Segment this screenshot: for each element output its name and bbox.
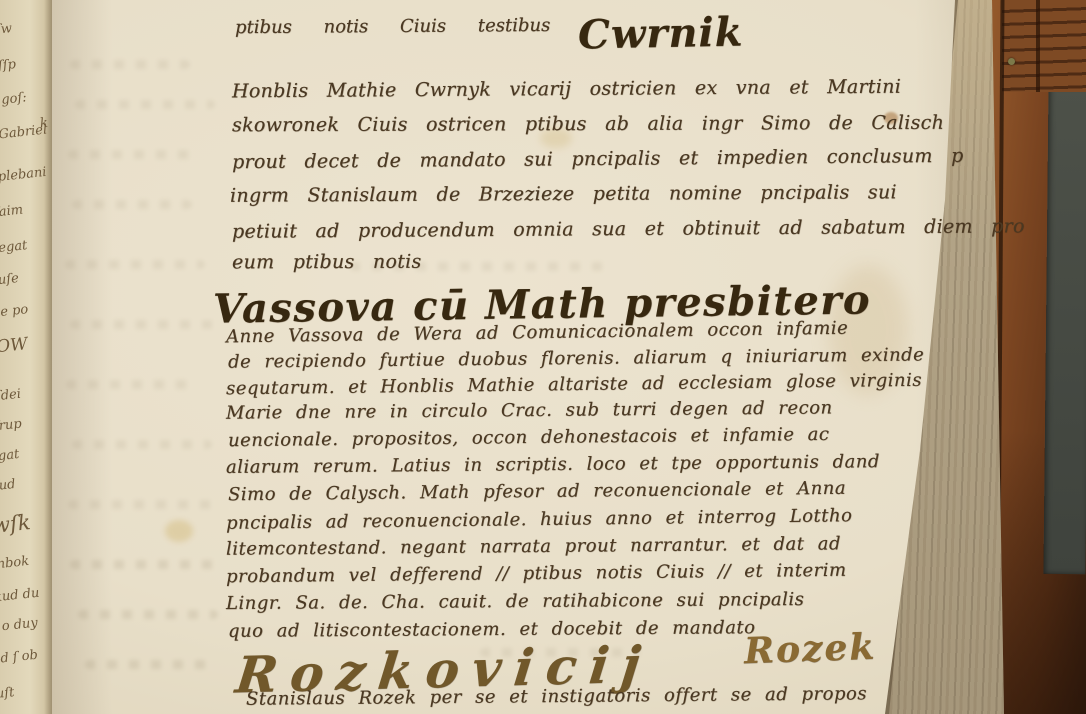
text-line: eum ptibus notis [232, 251, 422, 274]
show-through [65, 260, 205, 269]
facing-page-fragment: ſw [0, 21, 13, 38]
text-line: ingrm Stanislaum de Brzezieze petita nom… [230, 181, 897, 206]
facing-page-fragment: t goſ: [0, 90, 27, 109]
text-line: Lingr. Sa. de. Cha. cauit. de ratihabico… [226, 589, 805, 614]
show-through [85, 660, 215, 669]
show-through [72, 440, 212, 449]
show-through [75, 100, 215, 109]
text-line: ptibus notis Ciuis testibus [235, 15, 550, 38]
facing-page-fragment: ſrup [0, 417, 22, 435]
facing-page-fragment: wſk [0, 510, 32, 538]
show-through [70, 560, 220, 569]
cover-stud [1008, 58, 1015, 65]
facing-page-fragment: ſOW [0, 334, 29, 358]
show-through [72, 200, 192, 209]
facing-page-fragment: ſmbok [0, 554, 30, 573]
show-through [78, 610, 218, 619]
show-through [68, 500, 218, 509]
facing-page-fragment: kud du [0, 586, 40, 606]
table-background [1043, 86, 1086, 574]
facing-page-fragment: de po [0, 302, 29, 321]
show-through [70, 60, 190, 69]
show-through [68, 150, 198, 159]
facing-page-fragment: uſe [0, 271, 20, 288]
show-through [70, 320, 220, 329]
facing-page-fragment: ud ſ ob [0, 648, 39, 668]
facing-page-fragment: ſaim [0, 203, 24, 221]
facing-page-fragment: ę plebani [0, 165, 47, 186]
facing-page-fragment: ſdei [0, 387, 22, 405]
margin-note: Rozek [743, 626, 877, 673]
cover-tooling-bands [1002, 0, 1086, 92]
show-through [66, 380, 196, 389]
facing-page-fragment: negat [0, 238, 28, 257]
facing-page-fragment: uſt [0, 685, 15, 702]
manuscript-photo: ſw ſſp t goſ: mi Gabriel k ę plebani ſai… [0, 0, 1086, 714]
facing-page-fragment: ſud [0, 477, 16, 494]
entry-heading: Cwrnik [578, 9, 744, 59]
facing-page-fragment: ę o duy [0, 616, 38, 636]
text-line: skowronek Ciuis ostricen ptibus ab alia … [232, 112, 944, 136]
facing-page-fragment: gat [0, 447, 20, 464]
cover-tooling-line [1036, 0, 1040, 92]
facing-page-fragment: ſſp [0, 57, 17, 74]
text-line: Honblis Mathie Cwrnyk vicarij ostricien … [232, 76, 901, 103]
